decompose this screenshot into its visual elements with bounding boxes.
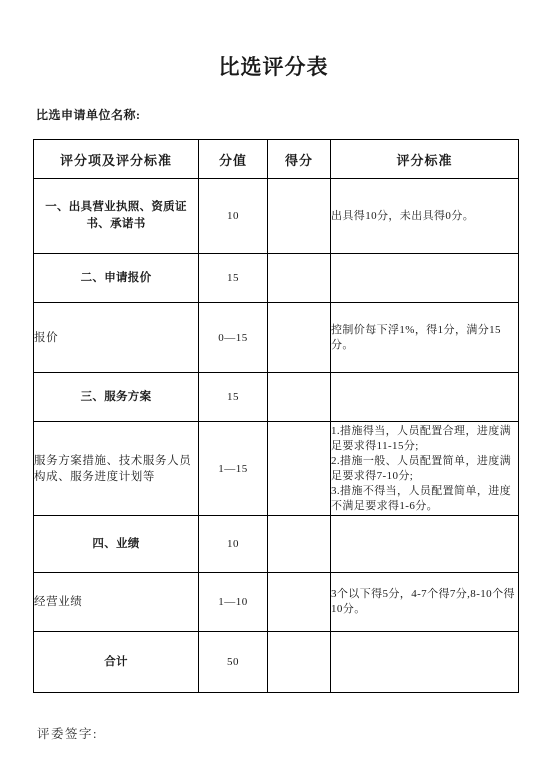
item-cell: 二、申请报价: [34, 254, 199, 303]
page-title: 比选评分表: [0, 51, 547, 81]
criteria-cell: [331, 254, 519, 303]
earned-cell: [268, 373, 331, 422]
column-header-score: 分值: [199, 140, 268, 179]
score-cell: 50: [199, 632, 268, 693]
score-cell: 15: [199, 254, 268, 303]
table-header-row: 评分项及评分标准 分值 得分 评分标准: [34, 140, 519, 179]
earned-cell: [268, 179, 331, 254]
criteria-cell: 控制价每下浮1%，得1分，满分15分。: [331, 303, 519, 373]
column-header-criteria: 评分标准: [331, 140, 519, 179]
document-page: 比选评分表 比选申请单位名称: 评分项及评分标准 分值 得分 评分标准 一、出具…: [0, 0, 547, 774]
criteria-cell: [331, 516, 519, 573]
score-cell: 10: [199, 179, 268, 254]
item-cell: 经营业绩: [34, 573, 199, 632]
table-row: 报价 0—15 控制价每下浮1%，得1分，满分15分。: [34, 303, 519, 373]
column-header-item: 评分项及评分标准: [34, 140, 199, 179]
item-cell: 三、服务方案: [34, 373, 199, 422]
table-row: 经营业绩 1—10 3个以下得5分，4-7个得7分,8-10个得10分。: [34, 573, 519, 632]
item-cell: 合计: [34, 632, 199, 693]
item-cell: 报价: [34, 303, 199, 373]
judge-signature-label: 评委签字:: [37, 724, 98, 742]
earned-cell: [268, 422, 331, 516]
earned-cell: [268, 254, 331, 303]
score-cell: 1—15: [199, 422, 268, 516]
table-row: 合计 50: [34, 632, 519, 693]
column-header-earned: 得分: [268, 140, 331, 179]
item-cell: 四、业绩: [34, 516, 199, 573]
score-cell: 10: [199, 516, 268, 573]
earned-cell: [268, 632, 331, 693]
criteria-cell: [331, 632, 519, 693]
item-cell: 一、出具营业执照、资质证书、承诺书: [34, 179, 199, 254]
table-row: 一、出具营业执照、资质证书、承诺书 10 出具得10分，未出具得0分。: [34, 179, 519, 254]
score-cell: 1—10: [199, 573, 268, 632]
earned-cell: [268, 573, 331, 632]
criteria-cell: [331, 373, 519, 422]
item-cell: 服务方案措施、技术服务人员构成、服务进度计划等: [34, 422, 199, 516]
table-row: 四、业绩 10: [34, 516, 519, 573]
score-cell: 0—15: [199, 303, 268, 373]
applicant-name-label: 比选申请单位名称:: [36, 106, 141, 123]
earned-cell: [268, 516, 331, 573]
score-cell: 15: [199, 373, 268, 422]
criteria-cell: 1.措施得当，人员配置合理，进度满足要求得11-15分; 2.措施一般、人员配置…: [331, 422, 519, 516]
earned-cell: [268, 303, 331, 373]
table-row: 三、服务方案 15: [34, 373, 519, 422]
criteria-cell: 出具得10分，未出具得0分。: [331, 179, 519, 254]
table-row: 二、申请报价 15: [34, 254, 519, 303]
scoring-table: 评分项及评分标准 分值 得分 评分标准 一、出具营业执照、资质证书、承诺书 10…: [33, 139, 519, 693]
criteria-cell: 3个以下得5分，4-7个得7分,8-10个得10分。: [331, 573, 519, 632]
table-row: 服务方案措施、技术服务人员构成、服务进度计划等 1—15 1.措施得当，人员配置…: [34, 422, 519, 516]
